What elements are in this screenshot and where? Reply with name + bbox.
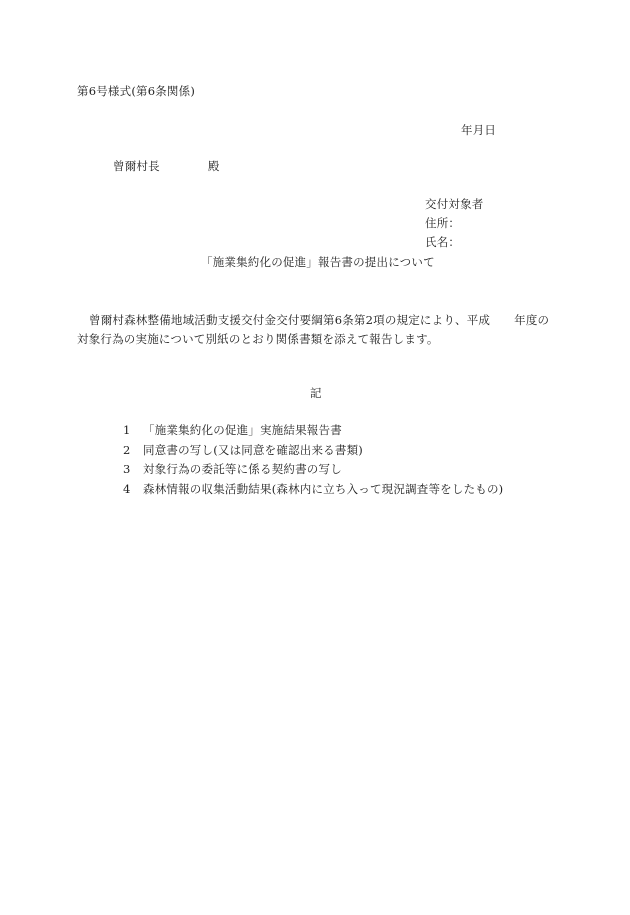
- date-line: 年月日: [461, 125, 496, 137]
- recipient-name-label: 氏名：: [425, 237, 484, 256]
- body-line-1-part-1: 曾爾村森林整備地域活動支援交付金交付要綱第6条第2項の規定により、平成: [89, 313, 490, 327]
- attachment-item: 3 対象行為の委託等に係る契約書の写し: [123, 464, 503, 484]
- addressee: 曾爾村長殿: [113, 161, 220, 173]
- attachment-number: 3: [123, 464, 143, 484]
- recipient-block: 交付対象者 住所： 氏名：: [425, 199, 484, 256]
- body-line-1: 曾爾村森林整備地域活動支援交付金交付要綱第6条第2項の規定により、平成年度の: [77, 311, 563, 330]
- attachment-text: 「施業集約化の促進」実施結果報告書: [143, 425, 342, 445]
- attachment-text: 対象行為の委託等に係る契約書の写し: [143, 464, 342, 484]
- attachment-text: 森林情報の収集活動結果(森林内に立ち入って現況調査等をしたもの): [143, 484, 503, 504]
- document-page: 第6号様式(第6条関係) 年月日 曾爾村長殿 交付対象者 住所： 氏名： 「施業…: [0, 0, 630, 915]
- addressee-honorific: 殿: [208, 159, 220, 173]
- body-line-1-part-2: 年度の: [514, 313, 549, 327]
- attachment-number: 4: [123, 484, 143, 504]
- attachment-item: 4 森林情報の収集活動結果(森林内に立ち入って現況調査等をしたもの): [123, 484, 503, 504]
- addressee-name: 曾爾村長: [113, 159, 160, 173]
- attachment-list: 1 「施業集約化の促進」実施結果報告書 2 同意書の写し(又は同意を確認出来る書…: [123, 425, 503, 503]
- form-number: 第6号様式(第6条関係): [77, 86, 195, 98]
- body-line-2: 対象行為の実施について別紙のとおり関係書類を添えて報告します。: [77, 330, 563, 349]
- document-subject: 「施業集約化の促進」報告書の提出について: [201, 257, 435, 269]
- attachment-number: 1: [123, 425, 143, 445]
- ki-heading: 記: [310, 388, 322, 400]
- attachment-item: 1 「施業集約化の促進」実施結果報告書: [123, 425, 503, 445]
- body-paragraph: 曾爾村森林整備地域活動支援交付金交付要綱第6条第2項の規定により、平成年度の 対…: [77, 311, 563, 349]
